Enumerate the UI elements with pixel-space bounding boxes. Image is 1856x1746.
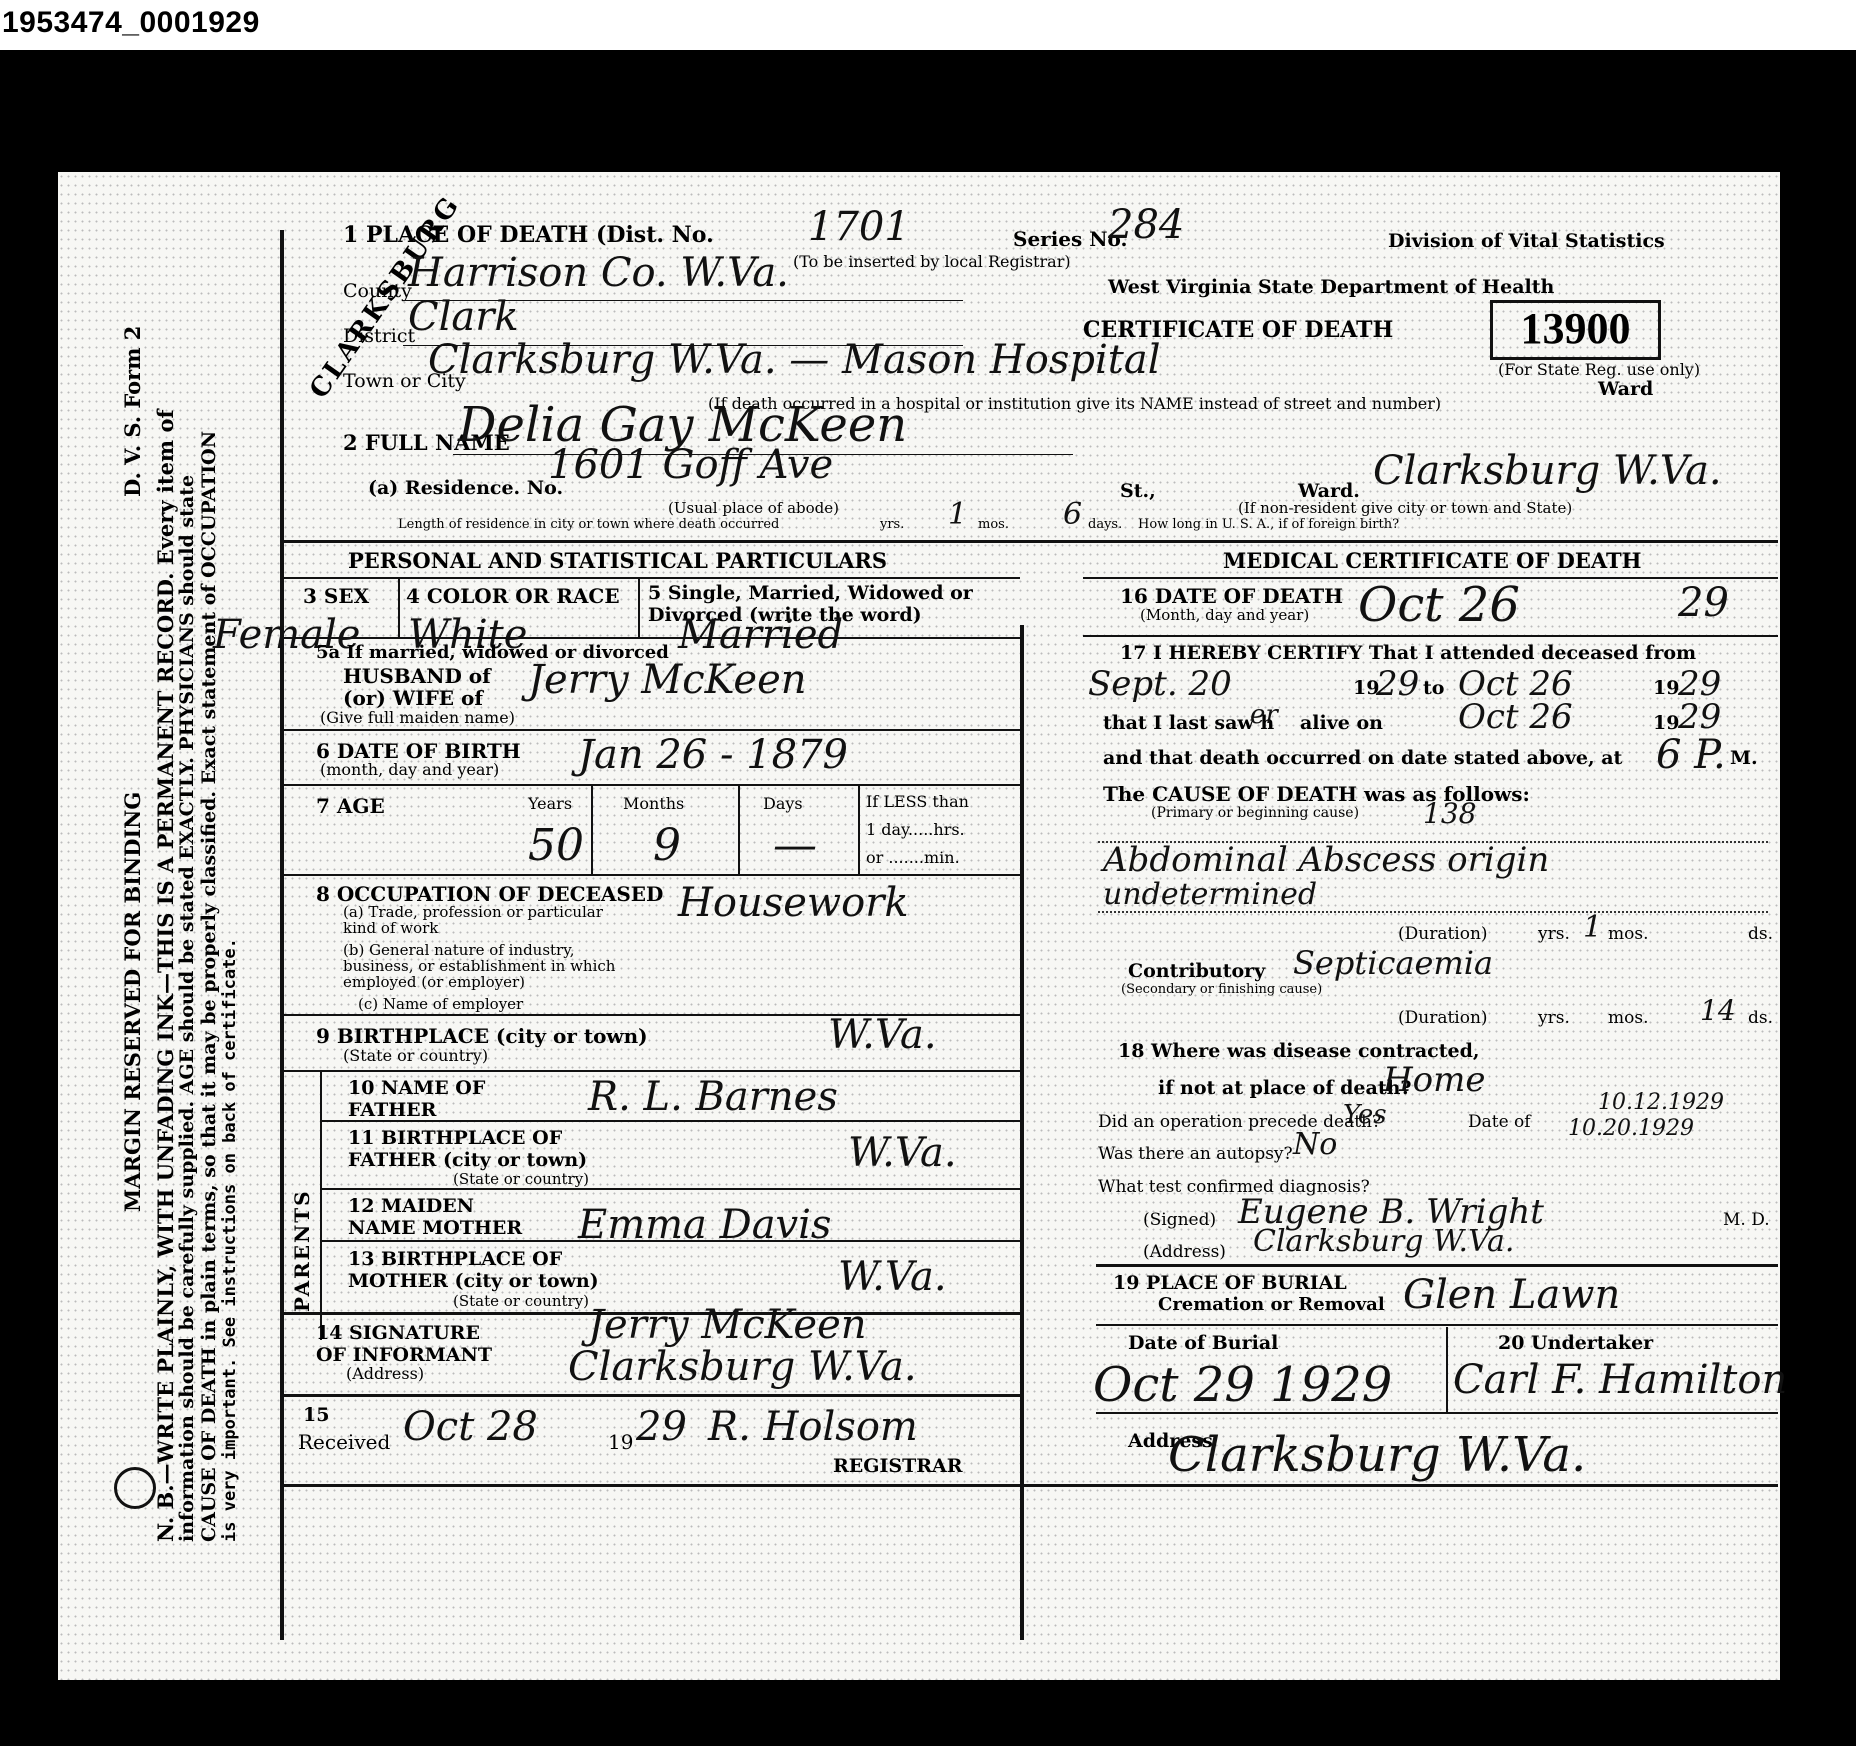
state-reg-note: (For State Reg. use only) (1498, 360, 1700, 379)
spouse-value: Jerry McKeen (528, 657, 807, 703)
dist-no: 1701 (808, 204, 910, 250)
district-label: District (343, 325, 415, 347)
undertaker-value: Carl F. Hamilton (1453, 1357, 1787, 1403)
cause-line-1: Abdominal Abscess origin (1103, 840, 1549, 880)
undertaker-address: Clarksburg W.Va. (1168, 1427, 1586, 1483)
certificate-number: 13900 (1490, 300, 1661, 360)
burial-place-value: Glen Lawn (1403, 1272, 1620, 1318)
physician-address: Clarksburg W.Va. (1253, 1224, 1514, 1259)
county-value: Harrison Co. W.Va. (408, 250, 789, 296)
operation-date: 10.12.1929 (1598, 1090, 1724, 1115)
informant-address: Clarksburg W.Va. (568, 1344, 917, 1390)
received-date: Oct 28 (403, 1404, 538, 1450)
medical-section-title: MEDICAL CERTIFICATE OF DEATH (1223, 548, 1642, 573)
length-days: 6 (1063, 497, 1082, 532)
margin-instruction-2: information should be carefully supplied… (176, 475, 198, 1542)
length-residence-label: Length of residence in city or town wher… (398, 517, 779, 532)
residence-label: (a) Residence. No. (368, 477, 563, 499)
marital-value: Married (678, 612, 843, 658)
primary-duration-mos: 1 (1583, 910, 1602, 945)
margin-instruction-4: is very important. See instructions on b… (220, 938, 240, 1542)
death-time: 6 P. (1656, 732, 1726, 778)
usual-abode-note: (Usual place of abode) (668, 499, 839, 517)
mother-birthplace-value: W.Va. (838, 1254, 947, 1300)
cause-code: 138 (1423, 797, 1476, 830)
informant-value: Jerry McKeen (588, 1302, 867, 1348)
occupation-value: Housework (678, 880, 909, 926)
registrar-note: (To be inserted by local Registrar) (793, 252, 1071, 271)
registrar-signature: R. Holsom (708, 1404, 918, 1450)
length-mos: 1 (948, 497, 967, 532)
attended-from: Sept. 20 (1088, 664, 1232, 704)
margin-instruction-1: N. B.—WRITE PLAINLY, WITH UNFADING INK—T… (153, 409, 178, 1542)
contracted-value: Home (1383, 1060, 1485, 1100)
ward-header-label: Ward (1598, 378, 1653, 400)
margin-binding: MARGIN RESERVED FOR BINDING (120, 792, 145, 1212)
district-value: Clark (408, 294, 519, 340)
usa-label: How long in U. S. A., if of foreign birt… (1138, 517, 1399, 532)
parents-label: PARENTS (290, 1189, 314, 1312)
date-of-death-year: 29 (1678, 580, 1729, 626)
st-label: St., (1120, 480, 1156, 502)
burial-date-value: Oct 29 1929 (1093, 1357, 1392, 1413)
death-certificate: MARGIN RESERVED FOR BINDING D. V. S. For… (58, 172, 1780, 1680)
dob-value: Jan 26 - 1879 (578, 732, 848, 778)
age-years: 50 (528, 820, 584, 871)
father-value: R. L. Barnes (588, 1074, 838, 1120)
division-label: Division of Vital Statistics (1388, 230, 1665, 252)
county-label: County (343, 280, 412, 302)
place-of-death-label: 1 PLACE OF DEATH (Dist. No. (343, 222, 714, 248)
seal-icon (114, 1467, 156, 1509)
contrib-duration-days: 14 (1700, 994, 1736, 1027)
margin-instruction-3: CAUSE OF DEATH in plain terms, so that i… (198, 431, 220, 1542)
operation-value: Yes (1343, 1100, 1387, 1130)
age-months: 9 (653, 820, 681, 871)
father-birthplace-value: W.Va. (848, 1130, 957, 1176)
department-label: West Virginia State Department of Health (1108, 276, 1554, 298)
file-id: 1953474_0001929 (2, 6, 260, 40)
town-value: Clarksburg W.Va. — Mason Hospital (428, 337, 1160, 383)
last-saw-date: Oct 26 (1458, 697, 1573, 737)
series-no: 284 (1108, 202, 1184, 248)
residence-value: 1601 Goff Ave (548, 442, 833, 488)
margin-form-id: D. V. S. Form 2 (120, 326, 145, 497)
personal-section-title: PERSONAL AND STATISTICAL PARTICULARS (348, 548, 887, 573)
nonresident-note: (If non-resident give city or town and S… (1238, 499, 1572, 517)
autopsy-value: No (1293, 1127, 1337, 1162)
received-year: 29 (636, 1404, 687, 1450)
birthplace-value: W.Va. (828, 1012, 937, 1058)
cause-line-2: undetermined (1103, 877, 1317, 912)
ward-value: Clarksburg W.Va. (1373, 448, 1722, 494)
date-of-death: Oct 26 (1358, 577, 1520, 633)
age-days: — (773, 820, 817, 871)
contributory-value: Septicaemia (1293, 944, 1493, 982)
